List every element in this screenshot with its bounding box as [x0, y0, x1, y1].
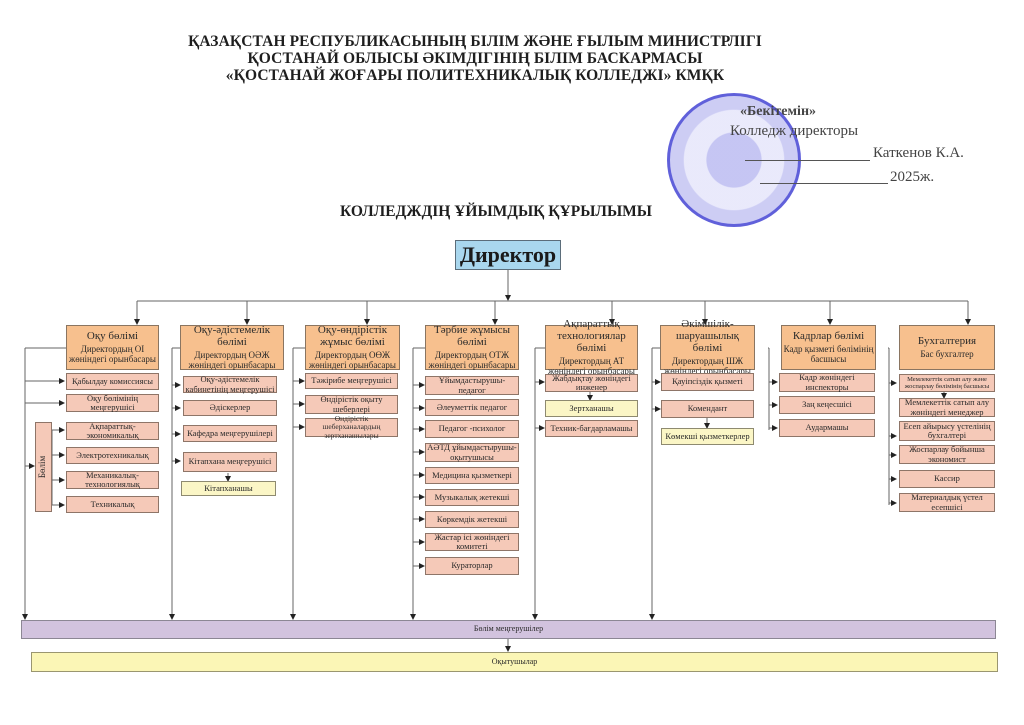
sub-label: Музыкалық жетекші	[435, 493, 510, 502]
sub-item: Электротехникалық	[66, 447, 159, 464]
dept-tarbie: Тәрбие жұмысы бөлімі Директордың ОТЖ жөн…	[425, 325, 519, 370]
sub-label: Техникалық	[91, 500, 135, 509]
sub-item: Техникалық	[66, 496, 159, 513]
sub-label: Өндірістік шеберханалардың зертханашылар…	[306, 415, 397, 440]
dept-head: Директордың ОӘЖ жөніндегі орынбасары	[181, 351, 283, 371]
sub-item: Өндірістік оқыту шеберлері	[305, 395, 398, 414]
sub-label: Жастар ісі жөніндегі комитеті	[426, 533, 518, 552]
dept-head: Директордың ОІ жөніндегі орынбасары	[67, 345, 158, 365]
sub-label: Педагог -психолог	[439, 424, 506, 433]
sub-item: Техник-бағдарламашы	[545, 420, 638, 437]
sub-item: Ақпараттық-экономикалық	[66, 422, 159, 440]
yellow-item: Көмекші қызметкерлер	[661, 428, 754, 445]
sub-item: Кадр жөніндегі инспекторы	[779, 373, 875, 392]
sub-item: Мемлекеттік сатып алу жөніндегі менеджер	[899, 398, 995, 417]
sub-label: Көркемдік жетекші	[437, 515, 507, 524]
sub-label: АӘТД ұйымдастырушы-оқытушысы	[426, 443, 518, 462]
yellow-label: Көмекші қызметкерлер	[665, 432, 749, 441]
sub-item: Қабылдау комиссиясы	[66, 373, 159, 390]
sub-item: Педагог -психолог	[425, 420, 519, 438]
dept-name: Кадрлар бөлімі	[793, 330, 864, 342]
sub-label: Әлеуметтік педагог	[437, 403, 508, 412]
sub-label: Кассир	[934, 474, 960, 483]
sub-item: Мемлекеттік сатып алу және жоспарлау бөл…	[899, 374, 995, 392]
sub-item: АӘТД ұйымдастырушы-оқытушысы	[425, 443, 519, 462]
dept-oqu: Оқу бөлімі Директордың ОІ жөніндегі орын…	[66, 325, 159, 370]
sub-label: Кітапхана меңгерушісі	[189, 457, 272, 466]
sub-label: Қауіпсіздік қызметі	[672, 377, 743, 386]
sub-item: Тәжірибе меңгерушісі	[305, 373, 398, 389]
sub-item: Аудармашы	[779, 419, 875, 437]
sub-item: Музыкалық жетекші	[425, 489, 519, 506]
sub-item: Кураторлар	[425, 557, 519, 575]
sub-label: Оқу бөлімінің меңгерушісі	[67, 394, 158, 413]
sub-item: Оқу-әдістемелік кабинетінің меңгерушісі	[183, 376, 277, 393]
sub-label: Комендант	[688, 404, 727, 413]
sub-label: Есеп айырысу үстелінің бухгалтері	[900, 422, 994, 441]
sub-item: Комендант	[661, 400, 754, 418]
sub-label: Оқу-әдістемелік кабинетінің меңгерушісі	[184, 375, 276, 394]
sub-item: Кафедра меңгерушілері	[183, 425, 277, 442]
sub-label: Жабдықтау жөніндегі инженер	[546, 374, 637, 393]
bolim-label: Бөлім	[39, 456, 49, 478]
sub-label: Электротехникалық	[76, 451, 148, 460]
sub-item: Әлеуметтік педагог	[425, 399, 519, 416]
sub-label: Техник-бағдарламашы	[550, 424, 632, 433]
dept-name: Әкімшілік-шаруашылық бөлімі	[661, 318, 754, 354]
sub-label: Мемлекеттік сатып алу және жоспарлау бөл…	[900, 376, 994, 390]
sub-item: Оқу бөлімінің меңгерушісі	[66, 394, 159, 412]
dept-kadrlar: Кадрлар бөлімі Кадр қызметі бөлімінің ба…	[781, 325, 876, 370]
yellow-item: Кітапханашы	[181, 481, 276, 496]
sub-label: Кураторлар	[451, 561, 492, 570]
dept-head: Кадр қызметі бөлімінің басшысы	[782, 345, 875, 365]
dept-head: Директордың ОӨЖ жөніндегі орынбасары	[306, 351, 399, 371]
sub-label: Кафедра меңгерушілері	[187, 429, 273, 438]
dept-name: Ақпараттық технологиялар бөлімі	[546, 318, 637, 354]
teachers-bar-label: Оқытушылар	[492, 658, 538, 667]
sub-label: Аудармашы	[806, 423, 849, 432]
sub-item: Ұйымдастырушы-педагог	[425, 376, 519, 395]
yellow-label: Кітапханашы	[204, 484, 253, 493]
dept-head: Директордың ОТЖ жөніндегі орынбасары	[426, 351, 518, 371]
sub-label: Материалдық үстел есепшісі	[900, 493, 994, 512]
sub-label: Ақпараттық-экономикалық	[67, 422, 158, 441]
dept-name: Оқу-өндірістік жұмыс бөлімі	[306, 324, 399, 348]
dept-name: Оқу-әдістемелік бөлімі	[181, 324, 283, 348]
sub-item: Жастар ісі жөніндегі комитеті	[425, 533, 519, 551]
sub-item: Кассир	[899, 470, 995, 488]
sub-item: Әдіскерлер	[183, 400, 277, 416]
sub-label: Кадр жөніндегі инспекторы	[780, 373, 874, 392]
sub-item: Медицина қызметкері	[425, 467, 519, 484]
sub-label: Тәжірибе меңгерушісі	[311, 376, 391, 385]
dept-name: Тәрбие жұмысы бөлімі	[426, 324, 518, 348]
sub-item: Көркемдік жетекші	[425, 511, 519, 528]
sub-item: Жоспарлау бойынша экономист	[899, 445, 995, 464]
dept-akimshilik: Әкімшілік-шаруашылық бөлімі Директордың …	[660, 325, 755, 370]
yellow-label: Зертханашы	[569, 404, 613, 413]
dept-oqu-ondiristik: Оқу-өндірістік жұмыс бөлімі Директордың …	[305, 325, 400, 370]
sub-item: Механикалық-технологиялық	[66, 471, 159, 489]
sub-item: Материалдық үстел есепшісі	[899, 493, 995, 512]
dept-name: Бухгалтерия	[918, 335, 976, 347]
sub-item: Жабдықтау жөніндегі инженер	[545, 374, 638, 392]
sub-label: Өндірістік оқыту шеберлері	[306, 395, 397, 414]
sub-label: Әдіскерлер	[210, 403, 251, 412]
heads-bar-label: Бөлім меңгерушілер	[474, 625, 543, 634]
dept-buhgalteria: Бухгалтерия Бас бухгалтер	[899, 325, 995, 370]
department-heads-bar: Бөлім меңгерушілер	[21, 620, 996, 639]
sub-item: Кітапхана меңгерушісі	[183, 452, 277, 472]
dept-oqu-adistemelik: Оқу-әдістемелік бөлімі Директордың ОӘЖ ж…	[180, 325, 284, 370]
bolim-box: Бөлім	[35, 422, 52, 512]
sub-label: Қабылдау комиссиясы	[72, 377, 153, 386]
sub-label: Заң кеңесшісі	[802, 400, 852, 409]
sub-item: Есеп айырысу үстелінің бухгалтері	[899, 421, 995, 441]
sub-label: Жоспарлау бойынша экономист	[900, 445, 994, 464]
sub-item: Өндірістік шеберханалардың зертханашылар…	[305, 418, 398, 437]
sub-label: Механикалық-технологиялық	[67, 471, 158, 490]
sub-label: Медицина қызметкері	[432, 471, 512, 480]
sub-item: Қауіпсіздік қызметі	[661, 373, 754, 391]
sub-label: Мемлекеттік сатып алу жөніндегі менеджер	[900, 398, 994, 417]
yellow-item: Зертханашы	[545, 400, 638, 417]
dept-name: Оқу бөлімі	[87, 330, 138, 342]
teachers-bar: Оқытушылар	[31, 652, 998, 672]
dept-head: Бас бухгалтер	[920, 350, 973, 360]
dept-aqparattyq: Ақпараттық технологиялар бөлімі Директор…	[545, 325, 638, 370]
sub-item: Заң кеңесшісі	[779, 396, 875, 414]
sub-label: Ұйымдастырушы-педагог	[426, 376, 518, 395]
